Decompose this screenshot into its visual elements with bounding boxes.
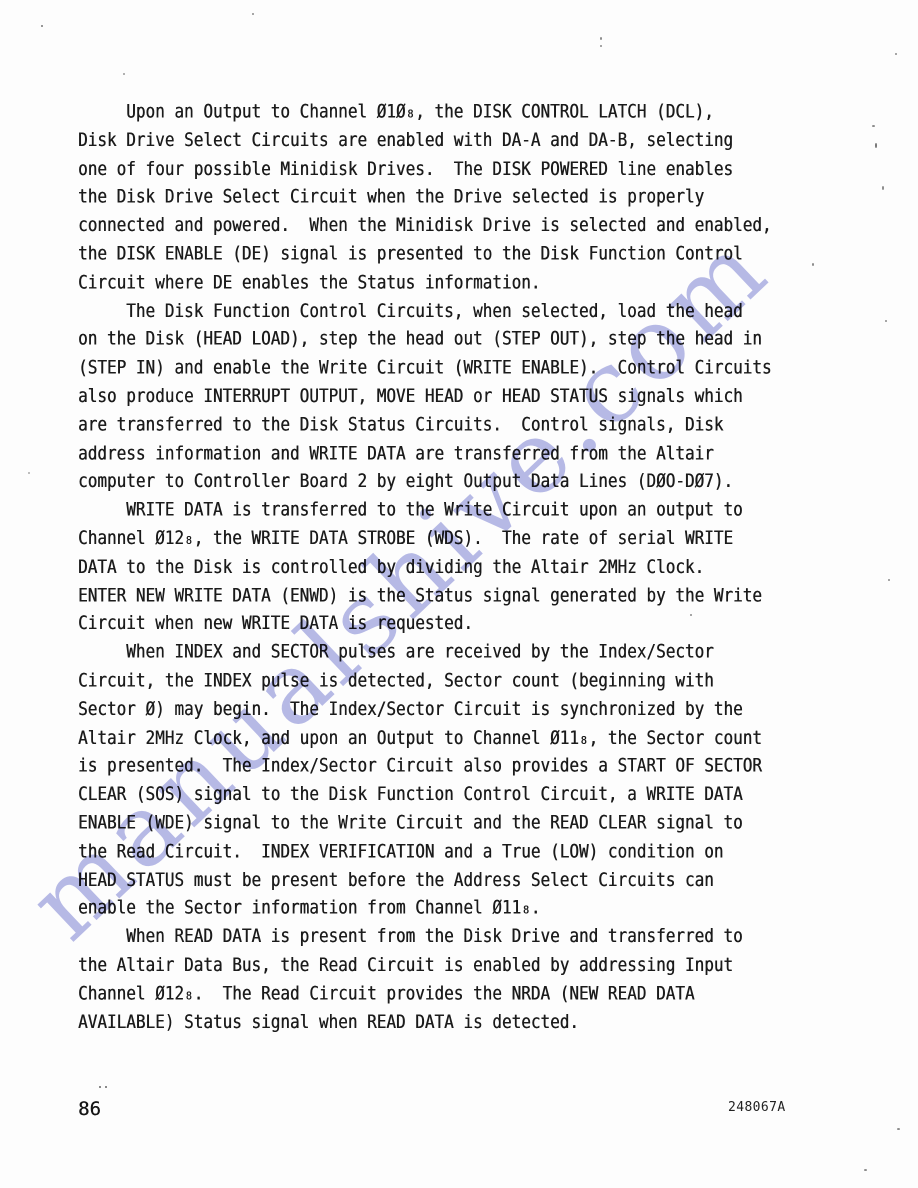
text-line: CLEAR (SOS) signal to the Disk Function … (78, 781, 772, 809)
text-line: the Altair Data Bus, the Read Circuit is… (78, 951, 772, 979)
scan-speck (41, 25, 43, 27)
text-line: ENTER NEW WRITE DATA (ENWD) is the Statu… (78, 582, 772, 610)
scan-speck (123, 73, 125, 75)
text-line: Disk Drive Select Circuits are enabled w… (78, 126, 772, 154)
text-line: the Disk Drive Select Circuit when the D… (78, 183, 772, 211)
scan-speck (600, 45, 602, 47)
paragraph: The Disk Function Control Circuits, when… (78, 297, 772, 496)
paragraph: WRITE DATA is transferred to the Write C… (78, 496, 772, 638)
scan-speck (690, 614, 692, 616)
text-line: Circuit where DE enables the Status info… (78, 269, 772, 297)
text-line: The Disk Function Control Circuits, when… (78, 297, 772, 325)
scan-speck (28, 472, 30, 474)
scan-speck (885, 320, 887, 322)
text-line: Circuit, the INDEX pulse is detected, Se… (78, 667, 772, 695)
text-line: address information and WRITE DATA are t… (78, 439, 772, 467)
text-line: one of four possible Minidisk Drives. Th… (78, 155, 772, 183)
text-line: AVAILABLE) Status signal when READ DATA … (78, 1008, 772, 1036)
scan-speck (888, 579, 890, 581)
text-line: Channel Ø12₈. The Read Circuit provides … (78, 980, 772, 1008)
scan-speck (872, 125, 875, 127)
text-line: When READ DATA is present from the Disk … (78, 923, 772, 951)
text-line: is presented. The Index/Sector Circuit a… (78, 752, 772, 780)
scan-speck (600, 37, 602, 40)
scan-speck (105, 1086, 107, 1088)
text-line: Altair 2MHz Clock, and upon an Output to… (78, 724, 772, 752)
paragraph: When INDEX and SECTOR pulses are receive… (78, 638, 772, 922)
text-line: DATA to the Disk is controlled by dividi… (78, 553, 772, 581)
paragraph: Upon an Output to Channel Ø1Ø₈, the DISK… (78, 98, 772, 297)
text-line: are transferred to the Disk Status Circu… (78, 411, 772, 439)
scan-speck (882, 186, 884, 190)
text-line: HEAD STATUS must be present before the A… (78, 866, 772, 894)
scanned-manual-page: Upon an Output to Channel Ø1Ø₈, the DISK… (0, 0, 918, 1188)
document-number: 248067A (728, 1101, 786, 1114)
text-line: WRITE DATA is transferred to the Write C… (78, 496, 772, 524)
scan-speck (875, 143, 877, 148)
text-line: on the Disk (HEAD LOAD), step the head o… (78, 326, 772, 354)
scan-speck (252, 13, 254, 15)
text-line: enable the Sector information from Chann… (78, 894, 772, 922)
text-line: ENABLE (WDE) signal to the Write Circuit… (78, 809, 772, 837)
page-body: Upon an Output to Channel Ø1Ø₈, the DISK… (78, 98, 772, 1037)
scan-speck (895, 53, 897, 55)
text-line: When INDEX and SECTOR pulses are receive… (78, 638, 772, 666)
text-line: the Read Circuit. INDEX VERIFICATION and… (78, 837, 772, 865)
scan-speck (864, 1169, 867, 1171)
scan-speck (99, 1086, 101, 1088)
page-number: 86 (78, 1100, 101, 1119)
text-line: also produce INTERRUPT OUTPUT, MOVE HEAD… (78, 382, 772, 410)
text-line: Circuit when new WRITE DATA is requested… (78, 610, 772, 638)
text-line: computer to Controller Board 2 by eight … (78, 468, 772, 496)
text-line: Channel Ø12₈, the WRITE DATA STROBE (WDS… (78, 525, 772, 553)
text-line: Sector Ø) may begin. The Index/Sector Ci… (78, 695, 772, 723)
text-line: the DISK ENABLE (DE) signal is presented… (78, 240, 772, 268)
scan-speck (897, 1128, 900, 1130)
text-line: connected and powered. When the Minidisk… (78, 212, 772, 240)
text-line: (STEP IN) and enable the Write Circuit (… (78, 354, 772, 382)
text-line: Upon an Output to Channel Ø1Ø₈, the DISK… (78, 98, 772, 126)
paragraph: When READ DATA is present from the Disk … (78, 923, 772, 1037)
scan-speck (812, 263, 814, 266)
